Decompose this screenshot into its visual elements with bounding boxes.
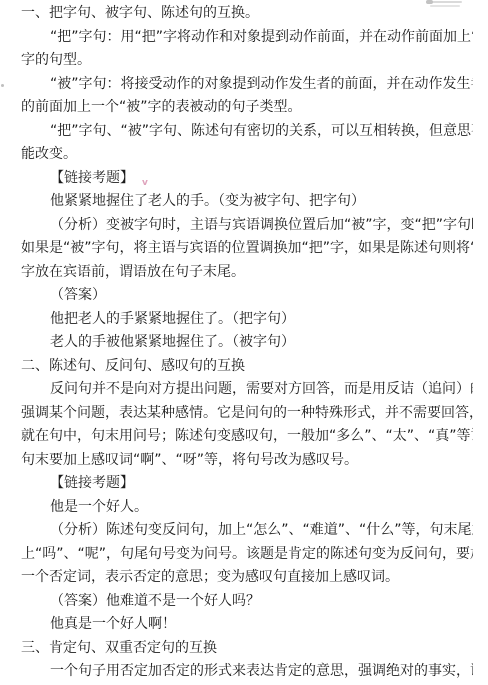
line-text: 二、陈述句、反问句、感叹句的互换 — [21, 358, 245, 374]
line-text: 他真是一个好人啊！ — [50, 616, 176, 632]
line-text: 三、肯定句、双重否定句的互换 — [21, 640, 217, 656]
text-line: 老人的手被他紧紧地握住了。（被字句） — [21, 331, 473, 355]
line-text: 能改变。 — [21, 146, 77, 162]
text-line: “把”字句、“被”字句、陈述句有密切的关系，可以互相转换，但意思不 — [21, 120, 473, 144]
line-text: （分析）陈述句变反问句，加上“怎么”、“难道”、“什么”等，句末尾加 — [50, 522, 473, 538]
text-line: 强调某个问题，表达某种感情。它是问句的一种特殊形式，并不需要回答，答案 — [21, 402, 473, 426]
line-text: 【链接考题】 — [50, 170, 134, 186]
line-text: “被”字句：将接受动作的对象提到动作发生者的前面，并在动作发生者 — [50, 76, 473, 92]
text-line: 他是一个好人。 — [21, 496, 473, 520]
text-line: 他紧紧地握住了老人的手。（变为被字句、把字句） — [21, 190, 473, 214]
line-text: 上“吗”、“呢”，句尾句号变为问号。该题是肯定的陈述句变为反问句，要加上 — [21, 546, 473, 562]
text-line: 上“吗”、“呢”，句尾句号变为问号。该题是肯定的陈述句变为反问句，要加上 — [21, 543, 473, 567]
text-line: （答案） — [21, 284, 473, 308]
text-line: “被”字句：将接受动作的对象提到动作发生者的前面，并在动作发生者 — [21, 73, 473, 97]
line-text: 【链接考题】 — [50, 475, 134, 491]
line-text: 强调某个问题，表达某种感情。它是问句的一种特殊形式，并不需要回答，答案 — [21, 405, 473, 421]
proofing-mark-icon: v — [142, 172, 148, 191]
line-text: 一个否定词，表示否定的意思；变为感叹句直接加上感叹词。 — [21, 569, 399, 585]
line-text: 他是一个好人。 — [50, 499, 148, 515]
line-text: 他紧紧地握住了老人的手。（变为被字句、把字句） — [50, 193, 365, 209]
line-text: 字放在宾语前，谓语放在句子末尾。 — [21, 264, 245, 280]
line-text: 的前面加上一个“被”字的表被动的句子类型。 — [21, 99, 302, 115]
text-line: 反问句并不是向对方提出问题，需要对方回答，而是用反诘（追问）的语气 — [21, 378, 473, 402]
line-text: 他把老人的手紧紧地握住了。（把字句） — [50, 311, 295, 327]
line-text: 一、把字句、被字句、陈述句的互换。 — [21, 5, 259, 21]
text-line: 他真是一个好人啊！ — [21, 613, 473, 637]
text-line: 二、陈述句、反问句、感叹句的互换 — [21, 355, 473, 379]
text-line: 如果是“被”字句，将主语与宾语的位置调换加“把”字，如果是陈述句则将“把” — [21, 237, 473, 261]
text-line: 字的句型。 — [21, 49, 473, 73]
line-text: 句末要加上感叹词“啊”、“呀”等，将句号改为感叹号。 — [21, 452, 358, 468]
document-page: 一、把字句、被字句、陈述句的互换。“把”字句：用“把”字将动作和对象提到动作前面… — [0, 0, 488, 685]
line-text: （答案）他难道不是一个好人吗？ — [50, 593, 260, 609]
text-line: 字放在宾语前，谓语放在句子末尾。 — [21, 261, 473, 285]
line-text: 老人的手被他紧紧地握住了。（被字句） — [50, 334, 295, 350]
line-text: 反问句并不是向对方提出问题，需要对方回答，而是用反诘（追问）的语气 — [50, 381, 473, 397]
line-text: 就在句中，句末用问号；陈述句变感叹句，一般加“多么”、“太”、“真”等词， — [21, 428, 473, 444]
text-line: 一、把字句、被字句、陈述句的互换。 — [21, 2, 473, 26]
line-text: “把”字句：用“把”字将动作和对象提到动作前面，并在动作前面加上“把” — [50, 29, 473, 45]
line-text: 如果是“被”字句，将主语与宾语的位置调换加“把”字，如果是陈述句则将“把” — [21, 240, 473, 256]
text-line: 的前面加上一个“被”字的表被动的句子类型。 — [21, 96, 473, 120]
text-line: 三、肯定句、双重否定句的互换 — [21, 637, 473, 661]
line-text: 字的句型。 — [21, 52, 91, 68]
text-line: 他把老人的手紧紧地握住了。（把字句） — [21, 308, 473, 332]
text-line: （分析）陈述句变反问句，加上“怎么”、“难道”、“什么”等，句末尾加 — [21, 519, 473, 543]
text-line: 一个否定词，表示否定的意思；变为感叹句直接加上感叹词。 — [21, 566, 473, 590]
text-line: （分析）变被字句时，主语与宾语调换位置后加“被”字，变“把”字句时， — [21, 214, 473, 238]
line-text: 一个句子用否定加否定的形式来表达肯定的意思，强调绝对的事实，语气更 — [50, 663, 473, 679]
document-body: 一、把字句、被字句、陈述句的互换。“把”字句：用“把”字将动作和对象提到动作前面… — [21, 2, 473, 684]
text-line: （答案）他难道不是一个好人吗？ — [21, 590, 473, 614]
text-line: 【链接考题】 — [21, 472, 473, 496]
text-line: 一个句子用否定加否定的形式来表达肯定的意思，强调绝对的事实，语气更 — [21, 660, 473, 684]
line-text: （分析）变被字句时，主语与宾语调换位置后加“被”字，变“把”字句时， — [50, 217, 473, 233]
line-text: （答案） — [50, 287, 106, 303]
text-line: 句末要加上感叹词“啊”、“呀”等，将句号改为感叹号。 — [21, 449, 473, 473]
text-line: “把”字句：用“把”字将动作和对象提到动作前面，并在动作前面加上“把” — [21, 26, 473, 50]
text-line: 能改变。 — [21, 143, 473, 167]
line-text: “把”字句、“被”字句、陈述句有密切的关系，可以互相转换，但意思不 — [50, 123, 473, 139]
margin-dot-artifact — [1, 84, 4, 87]
text-line: 【链接考题】v — [21, 167, 473, 191]
text-line: 就在句中，句末用问号；陈述句变感叹句，一般加“多么”、“太”、“真”等词， — [21, 425, 473, 449]
